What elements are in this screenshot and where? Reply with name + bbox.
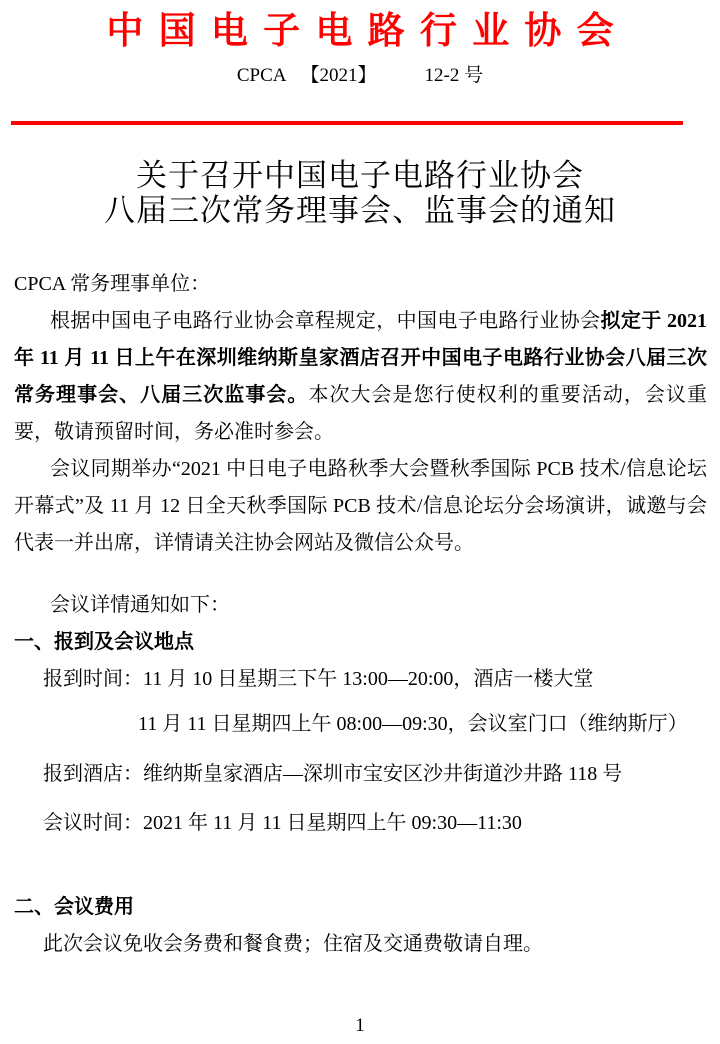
document-number-serial: 12-2 号 (425, 65, 484, 86)
document-number-year: 【2021】 (301, 65, 377, 86)
document-number-line: CPCA【2021】12-2 号 (0, 64, 720, 88)
letterhead-divider-rule (11, 121, 683, 125)
letterhead-org-name: 中 国 电 子 电 路 行 业 协 会 (0, 0, 720, 54)
document-page: 中 国 电 子 电 路 行 业 协 会 CPCA【2021】12-2 号 关于召… (0, 0, 720, 1044)
paragraph-1: 根据中国电子电路行业协会章程规定，中国电子电路行业协会拟定于 2021 年 11… (14, 303, 707, 451)
document-number-code: CPCA (237, 65, 287, 86)
paragraph-2: 会议同期举办“2021 中日电子电路秋季大会暨秋季国际 PCB 技术/信息论坛开… (14, 451, 707, 562)
section-1-checkin-time-2: 11 月 11 日星期四上午 08:00—09:30，会议室门口（维纳斯厅） (14, 706, 707, 743)
document-title-line1: 关于召开中国电子电路行业协会 (0, 158, 720, 193)
document-title-line2: 八届三次常务理事会、监事会的通知 (0, 193, 720, 228)
section-2-heading: 二、会议费用 (14, 889, 707, 926)
section-2-body: 此次会议免收会务费和餐食费；住宿及交通费敬请自理。 (14, 926, 707, 963)
section-1-heading: 一、报到及会议地点 (14, 624, 707, 661)
section-1-checkin-time-1: 报到时间：11 月 10 日星期三下午 13:00—20:00，酒店一楼大堂 (14, 661, 707, 698)
page-number: 1 (0, 1014, 720, 1038)
section-1-hotel: 报到酒店：维纳斯皇家酒店—深圳市宝安区沙井街道沙井路 118 号 (14, 756, 707, 793)
paragraph-3-details-intro: 会议详情通知如下： (14, 587, 707, 624)
salutation: CPCA 常务理事单位： (14, 266, 707, 303)
section-1-meeting-time: 会议时间：2021 年 11 月 11 日星期四上午 09:30—11:30 (14, 805, 707, 842)
document-title: 关于召开中国电子电路行业协会 八届三次常务理事会、监事会的通知 (0, 158, 720, 228)
paragraph-1-normal-start: 根据中国电子电路行业协会章程规定，中国电子电路行业协会 (50, 310, 600, 332)
document-body: CPCA 常务理事单位： 根据中国电子电路行业协会章程规定，中国电子电路行业协会… (14, 266, 707, 963)
